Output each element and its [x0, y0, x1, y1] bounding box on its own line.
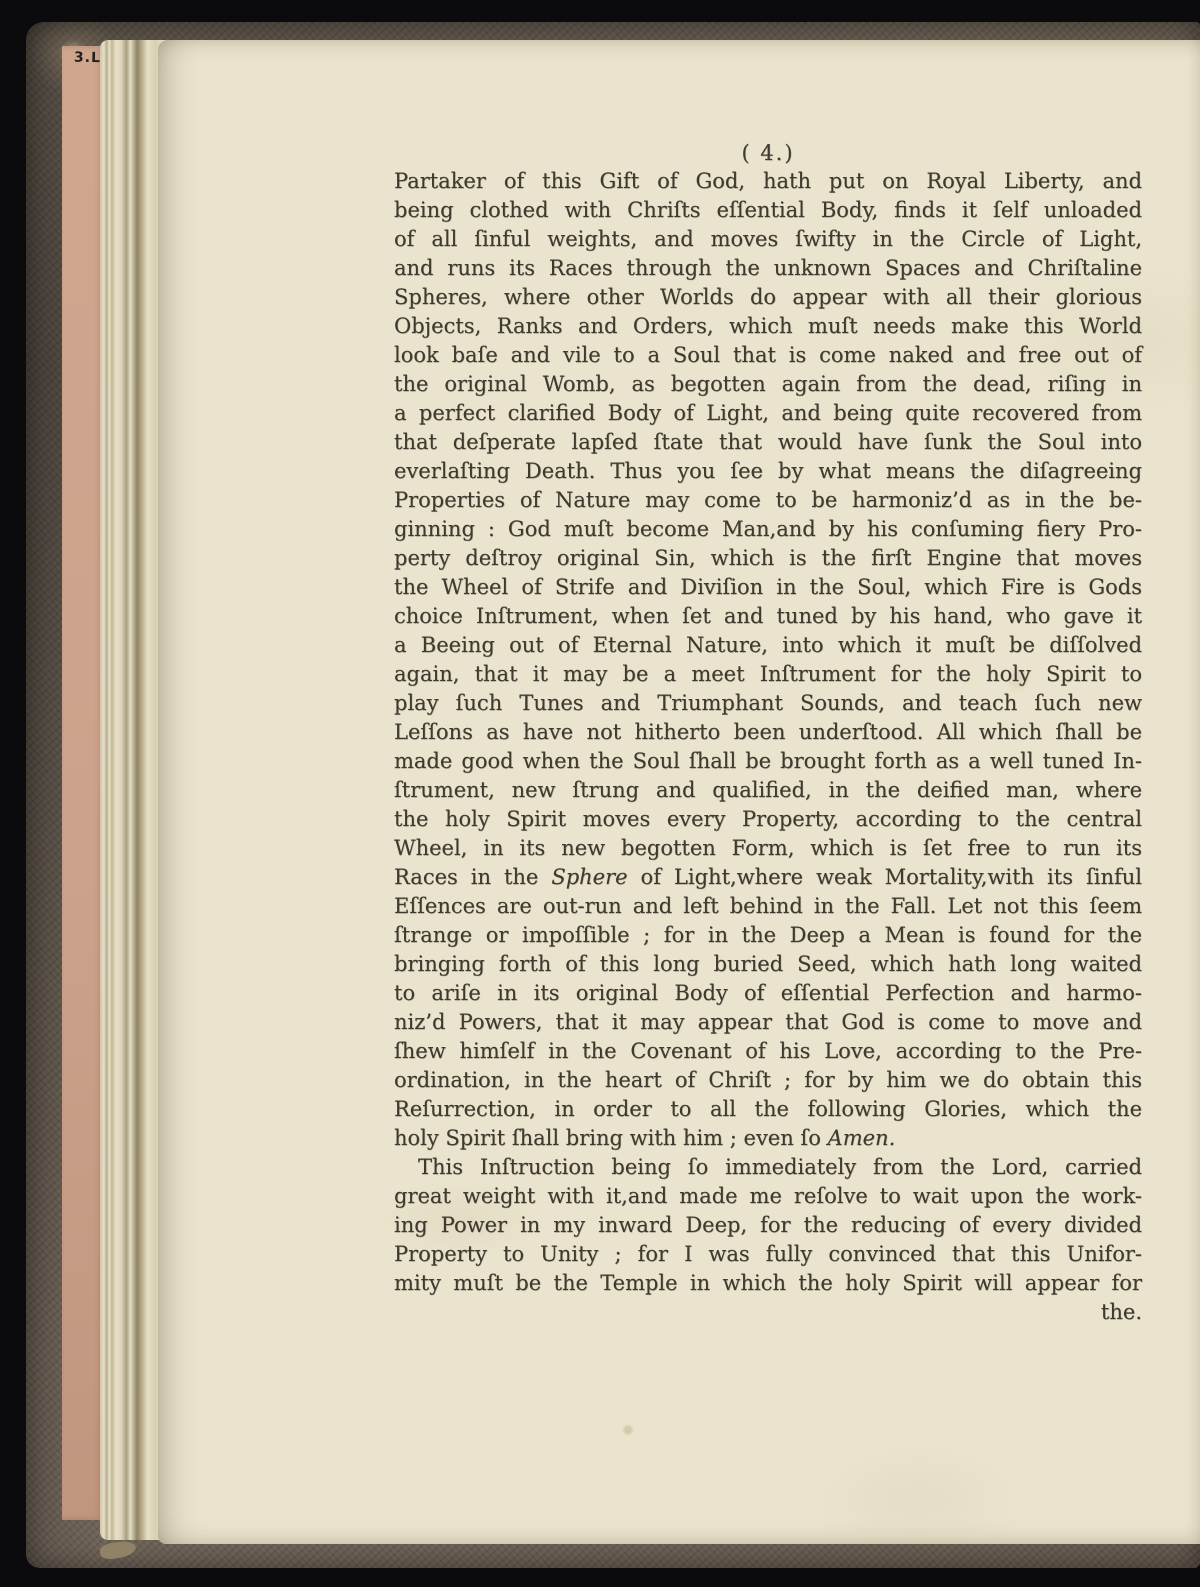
text-line: Objects, Ranks and Orders, which muſt ne… — [394, 312, 1142, 341]
text-line: the Wheel of Strife and Diviſion in the … — [394, 573, 1142, 602]
text-line: ordination, in the heart of Chriſt ; for… — [394, 1066, 1142, 1095]
text-line: that deſperate lapſed ſtate that would h… — [394, 428, 1142, 457]
text-line: Eſſences are out-run and left behind in … — [394, 892, 1142, 921]
text-line: a Beeing out of Eternal Nature, into whi… — [394, 631, 1142, 660]
text-line: of all ſinful weights, and moves ſwifty … — [394, 225, 1142, 254]
text-line: ſtrange or impoſſible ; for in the Deep … — [394, 921, 1142, 950]
text-line: everlaſting Death. Thus you ſee by what … — [394, 457, 1142, 486]
text-line: niz’d Powers, that it may appear that Go… — [394, 1008, 1142, 1037]
text-line: choice Inſtrument, when ſet and tuned by… — [394, 602, 1142, 631]
text-line: Reſurrection, in order to all the follow… — [394, 1095, 1142, 1124]
text-line: again, that it may be a meet Inſtrument … — [394, 660, 1142, 689]
text-line: ing Power in my inward Deep, for the red… — [394, 1211, 1142, 1240]
text-line: holy Spirit ſhall bring with him ; even … — [394, 1124, 1142, 1153]
text-line: look baſe and vile to a Soul that is com… — [394, 341, 1142, 370]
text-line: Leſſons as have not hitherto been underſ… — [394, 718, 1142, 747]
text-line: and runs its Races through the unknown S… — [394, 254, 1142, 283]
endpaper — [62, 46, 104, 1520]
text-line: ſhew himſelf in the Covenant of his Love… — [394, 1037, 1142, 1066]
book-photo: 3.LE ( 4.) Partaker of this Gift of God,… — [0, 0, 1200, 1587]
text-line: perty deſtroy original Sin, which is the… — [394, 544, 1142, 573]
text-line: ſtrument, new ſtrung and qualified, in t… — [394, 776, 1142, 805]
text-line: made good when the Soul ſhall be brought… — [394, 747, 1142, 776]
text-line: Wheel, in its new begotten Form, which i… — [394, 834, 1142, 863]
text-line: This Inſtruction being ſo immediately fr… — [394, 1153, 1142, 1182]
text-line: Property to Unity ; for I was fully conv… — [394, 1240, 1142, 1269]
page-number: ( 4.) — [394, 140, 1142, 167]
page-edges — [100, 40, 166, 1540]
text-line: Properties of Nature may come to be harm… — [394, 486, 1142, 515]
text-line: being clothed with Chriſts eſſential Bod… — [394, 196, 1142, 225]
text-line: great weight with it,and made me reſolve… — [394, 1182, 1142, 1211]
text-line: the holy Spirit moves every Property, ac… — [394, 805, 1142, 834]
text-line: mity muſt be the Temple in which the hol… — [394, 1269, 1142, 1298]
text-line: to ariſe in its original Body of eſſenti… — [394, 979, 1142, 1008]
text-line: a perfect clarified Body of Light, and b… — [394, 399, 1142, 428]
text-line: ginning : God muſt become Man,and by his… — [394, 515, 1142, 544]
text-line: the original Womb, as begotten again fro… — [394, 370, 1142, 399]
text-line: Races in the Sphere of Light,where weak … — [394, 863, 1142, 892]
text-block: ( 4.) Partaker of this Gift of God, hath… — [394, 140, 1142, 1327]
text-line: play ſuch Tunes and Triumphant Sounds, a… — [394, 689, 1142, 718]
text-line: Partaker of this Gift of God, hath put o… — [394, 167, 1142, 196]
text-line: Spheres, where other Worlds do appear wi… — [394, 283, 1142, 312]
text-line: bringing forth of this long buried Seed,… — [394, 950, 1142, 979]
catchword: the. — [394, 1298, 1142, 1327]
